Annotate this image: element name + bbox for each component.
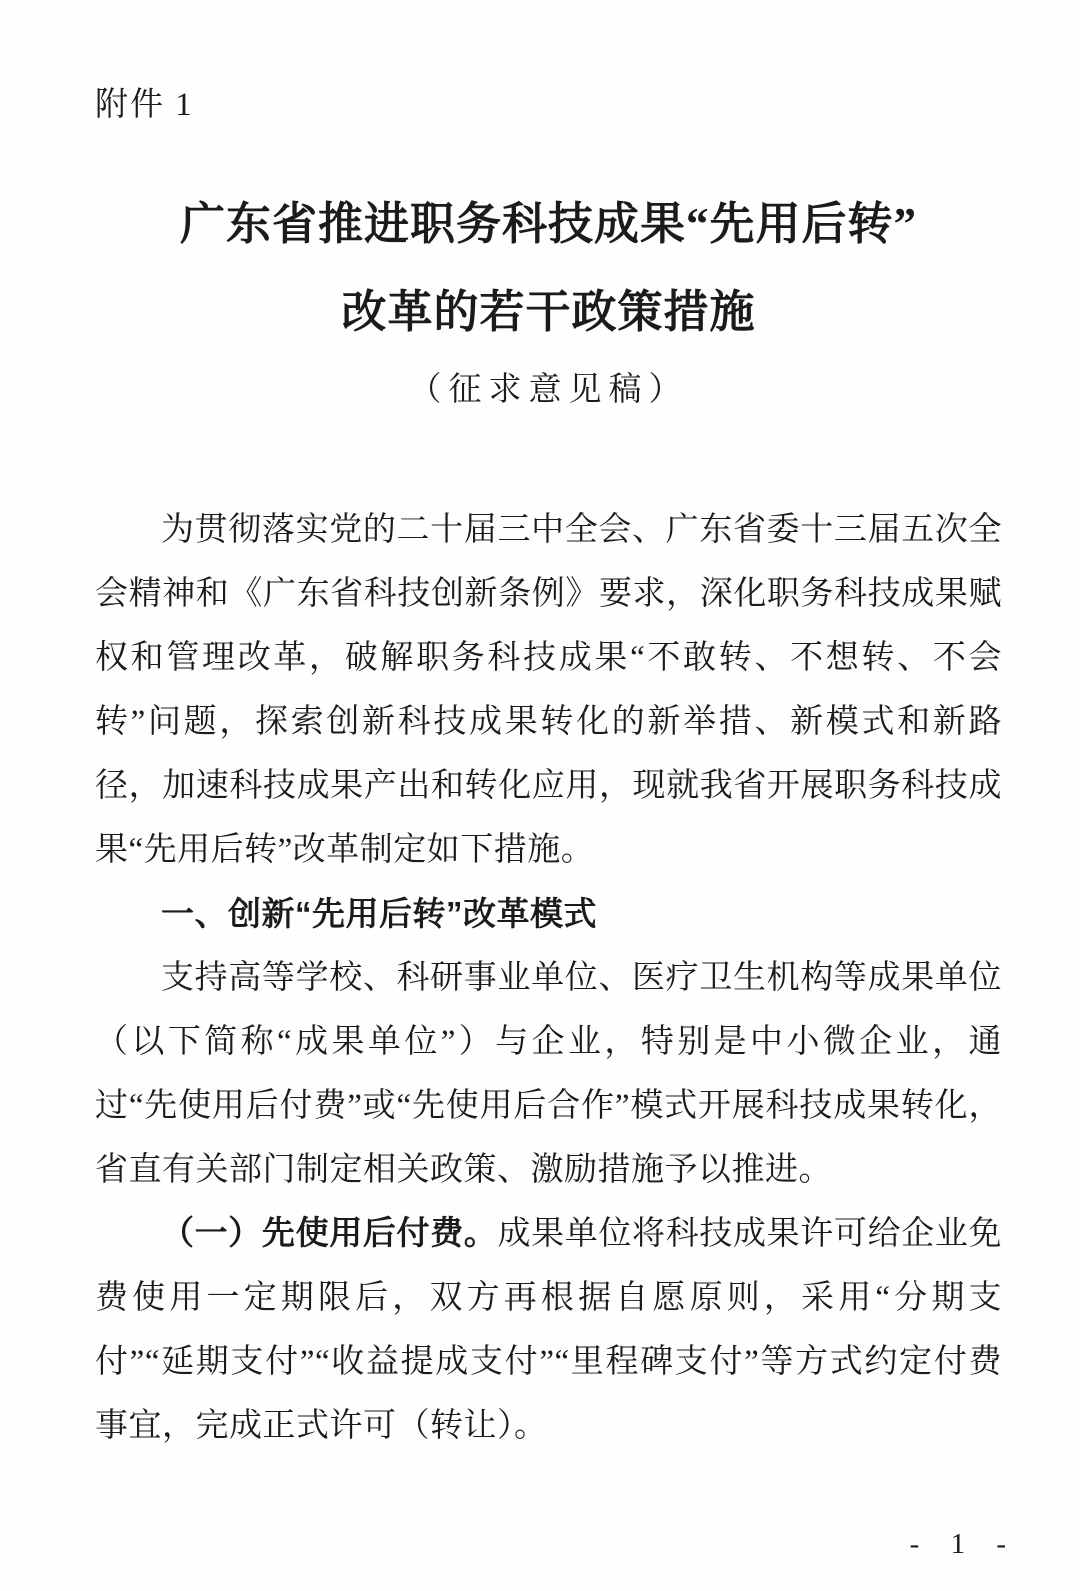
- page-number: - 1 -: [910, 1528, 1018, 1561]
- intro-paragraph: 为贯彻落实党的二十届三中全会、广东省委十三届五次全会精神和《广东省科技创新条例》…: [95, 498, 1002, 882]
- document-title: 广东省推进职务科技成果“先用后转” 改革的若干政策措施: [95, 180, 1002, 356]
- document-page: 附件 1 广东省推进职务科技成果“先用后转” 改革的若干政策措施 （征求意见稿）…: [0, 0, 1080, 1591]
- item-1-paragraph: （一）先使用后付费。成果单位将科技成果许可给企业免费使用一定期限后，双方再根据自…: [95, 1202, 1002, 1458]
- attachment-label: 附件 1: [95, 85, 1002, 125]
- item-1-lead: （一）先使用后付费。: [161, 1216, 497, 1252]
- document-title-line-1: 广东省推进职务科技成果“先用后转”: [95, 180, 1002, 268]
- section-1-paragraph: 支持高等学校、科研事业单位、医疗卫生机构等成果单位（以下简称“成果单位”）与企业…: [95, 946, 1002, 1202]
- document-subtitle: （征求意见稿）: [95, 370, 1002, 410]
- section-1-heading: 一、创新“先用后转”改革模式: [95, 882, 1002, 946]
- document-title-line-2: 改革的若干政策措施: [95, 268, 1002, 356]
